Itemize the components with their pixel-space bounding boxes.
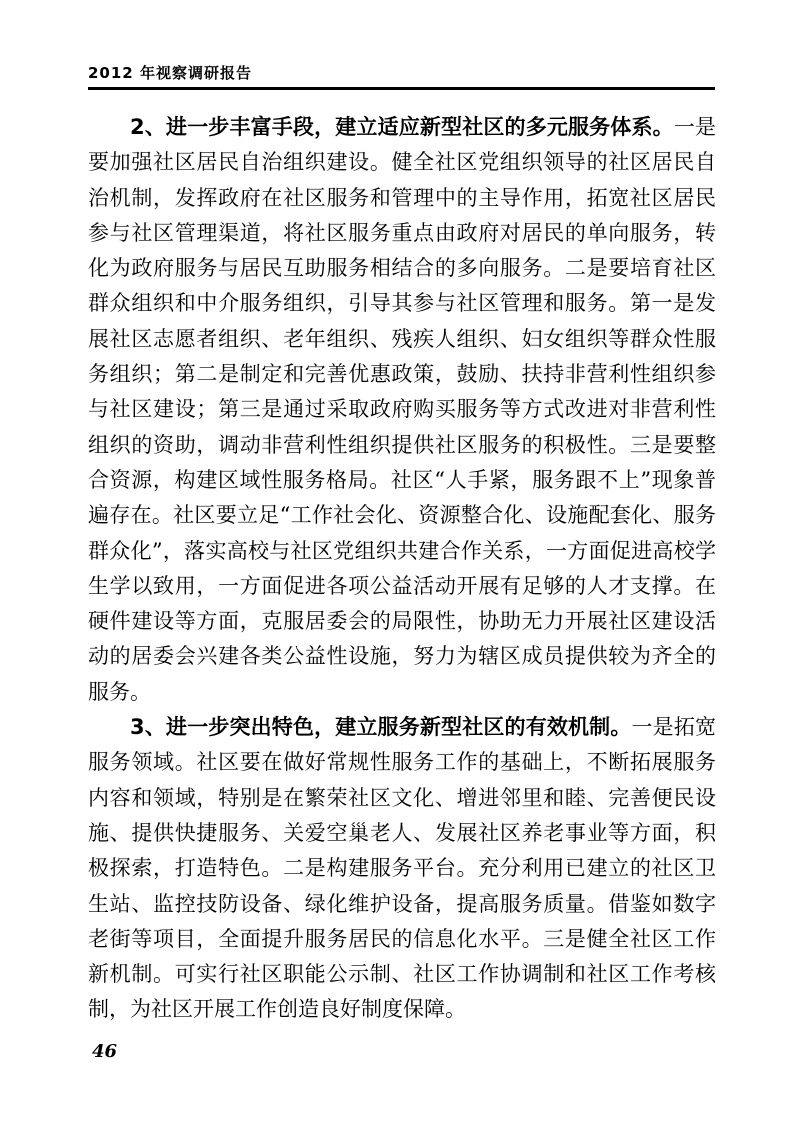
- header-rule-divider: [88, 87, 715, 90]
- paragraph-3: 3、进一步突出特色，建立服务新型社区的有效机制。一是拓宽服务领域。社区要在做好常…: [88, 710, 716, 1028]
- paragraph-2-text: 一是要加强社区居民自治组织建设。健全社区党组织领导的社区居民自治机制，发挥政府在…: [88, 115, 716, 704]
- paragraph-2: 2、进一步丰富手段，建立适应新型社区的多元服务体系。一是要加强社区居民自治组织建…: [88, 110, 716, 710]
- page-number: 46: [92, 1040, 117, 1064]
- header-title: 2012 年视察调研报告: [88, 62, 715, 84]
- paragraph-3-lead: 3、进一步突出特色，建立服务新型社区的有效机制。: [130, 715, 632, 739]
- paragraph-3-text: 一是拓宽服务领域。社区要在做好常规性服务工作的基础上，不断拓展服务内容和领域，特…: [88, 715, 716, 1021]
- document-body: 2、进一步丰富手段，建立适应新型社区的多元服务体系。一是要加强社区居民自治组织建…: [88, 110, 716, 1028]
- page-header: 2012 年视察调研报告: [88, 62, 715, 90]
- paragraph-2-lead: 2、进一步丰富手段，建立适应新型社区的多元服务体系。: [130, 115, 674, 139]
- document-page: 2012 年视察调研报告 2、进一步丰富手段，建立适应新型社区的多元服务体系。一…: [0, 0, 803, 1133]
